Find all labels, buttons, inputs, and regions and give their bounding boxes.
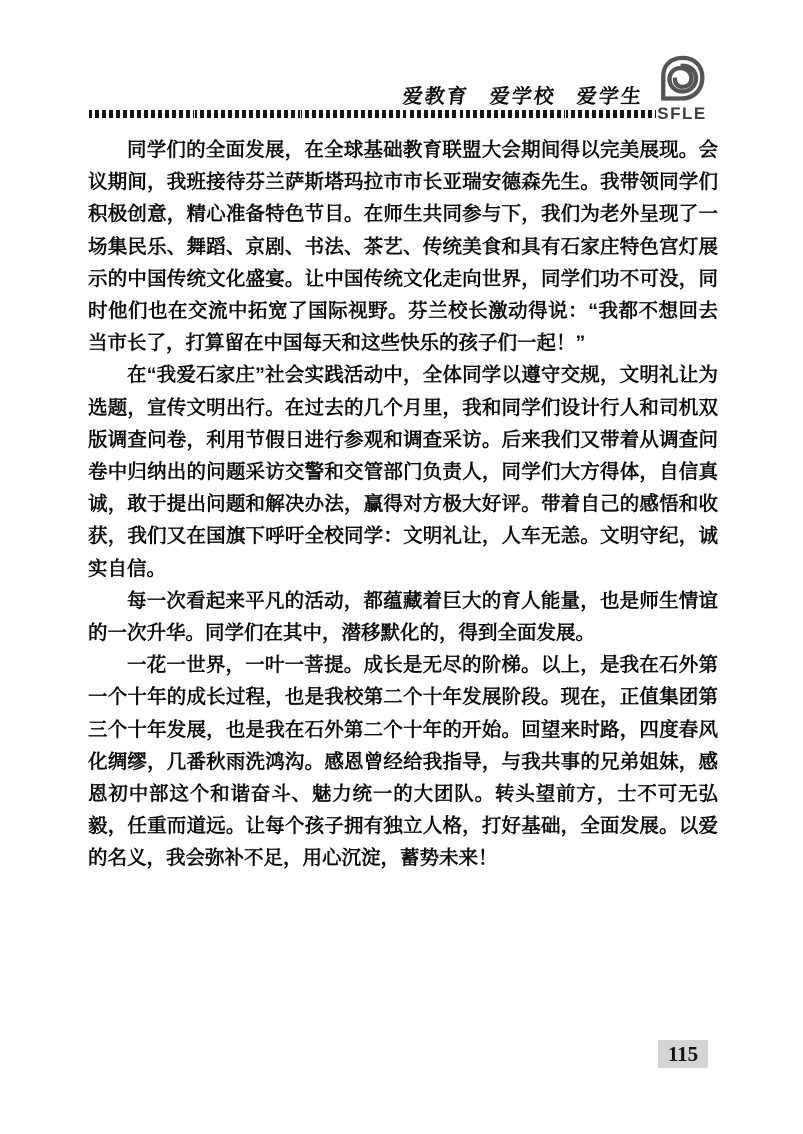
sfle-logo-text: SFLE [657, 104, 706, 124]
header-slogan: 爱教育 爱学校 爱学生 [401, 80, 644, 109]
paragraph: 一花一世界，一叶一菩提。成长是无尽的阶梯。以上，是我在石外第一个十年的成长过程，… [88, 649, 718, 874]
paragraph: 同学们的全面发展，在全球基础教育联盟大会期间得以完美展现。会议期间，我班接待芬兰… [88, 134, 718, 359]
paragraph: 在“我爱石家庄”社会实践活动中，全体同学以遵守交规，文明礼让为选题，宣传文明出行… [88, 359, 718, 584]
page-body: 同学们的全面发展，在全球基础教育联盟大会期间得以完美展现。会议期间，我班接待芬兰… [88, 134, 718, 875]
page-number-badge: 115 [658, 1040, 708, 1068]
book-page: 爱教育 爱学校 爱学生 SFLE 同学们的全面发展，在全球基础教育联盟大会期间得… [0, 0, 803, 1134]
sfle-logo: SFLE [650, 54, 714, 124]
dashed-divider [88, 110, 656, 118]
droplet-spiral-icon [657, 54, 707, 104]
paragraph: 每一次看起来平凡的活动，都蕴藏着巨大的育人能量，也是师生情谊的一次升华。同学们在… [88, 585, 718, 649]
